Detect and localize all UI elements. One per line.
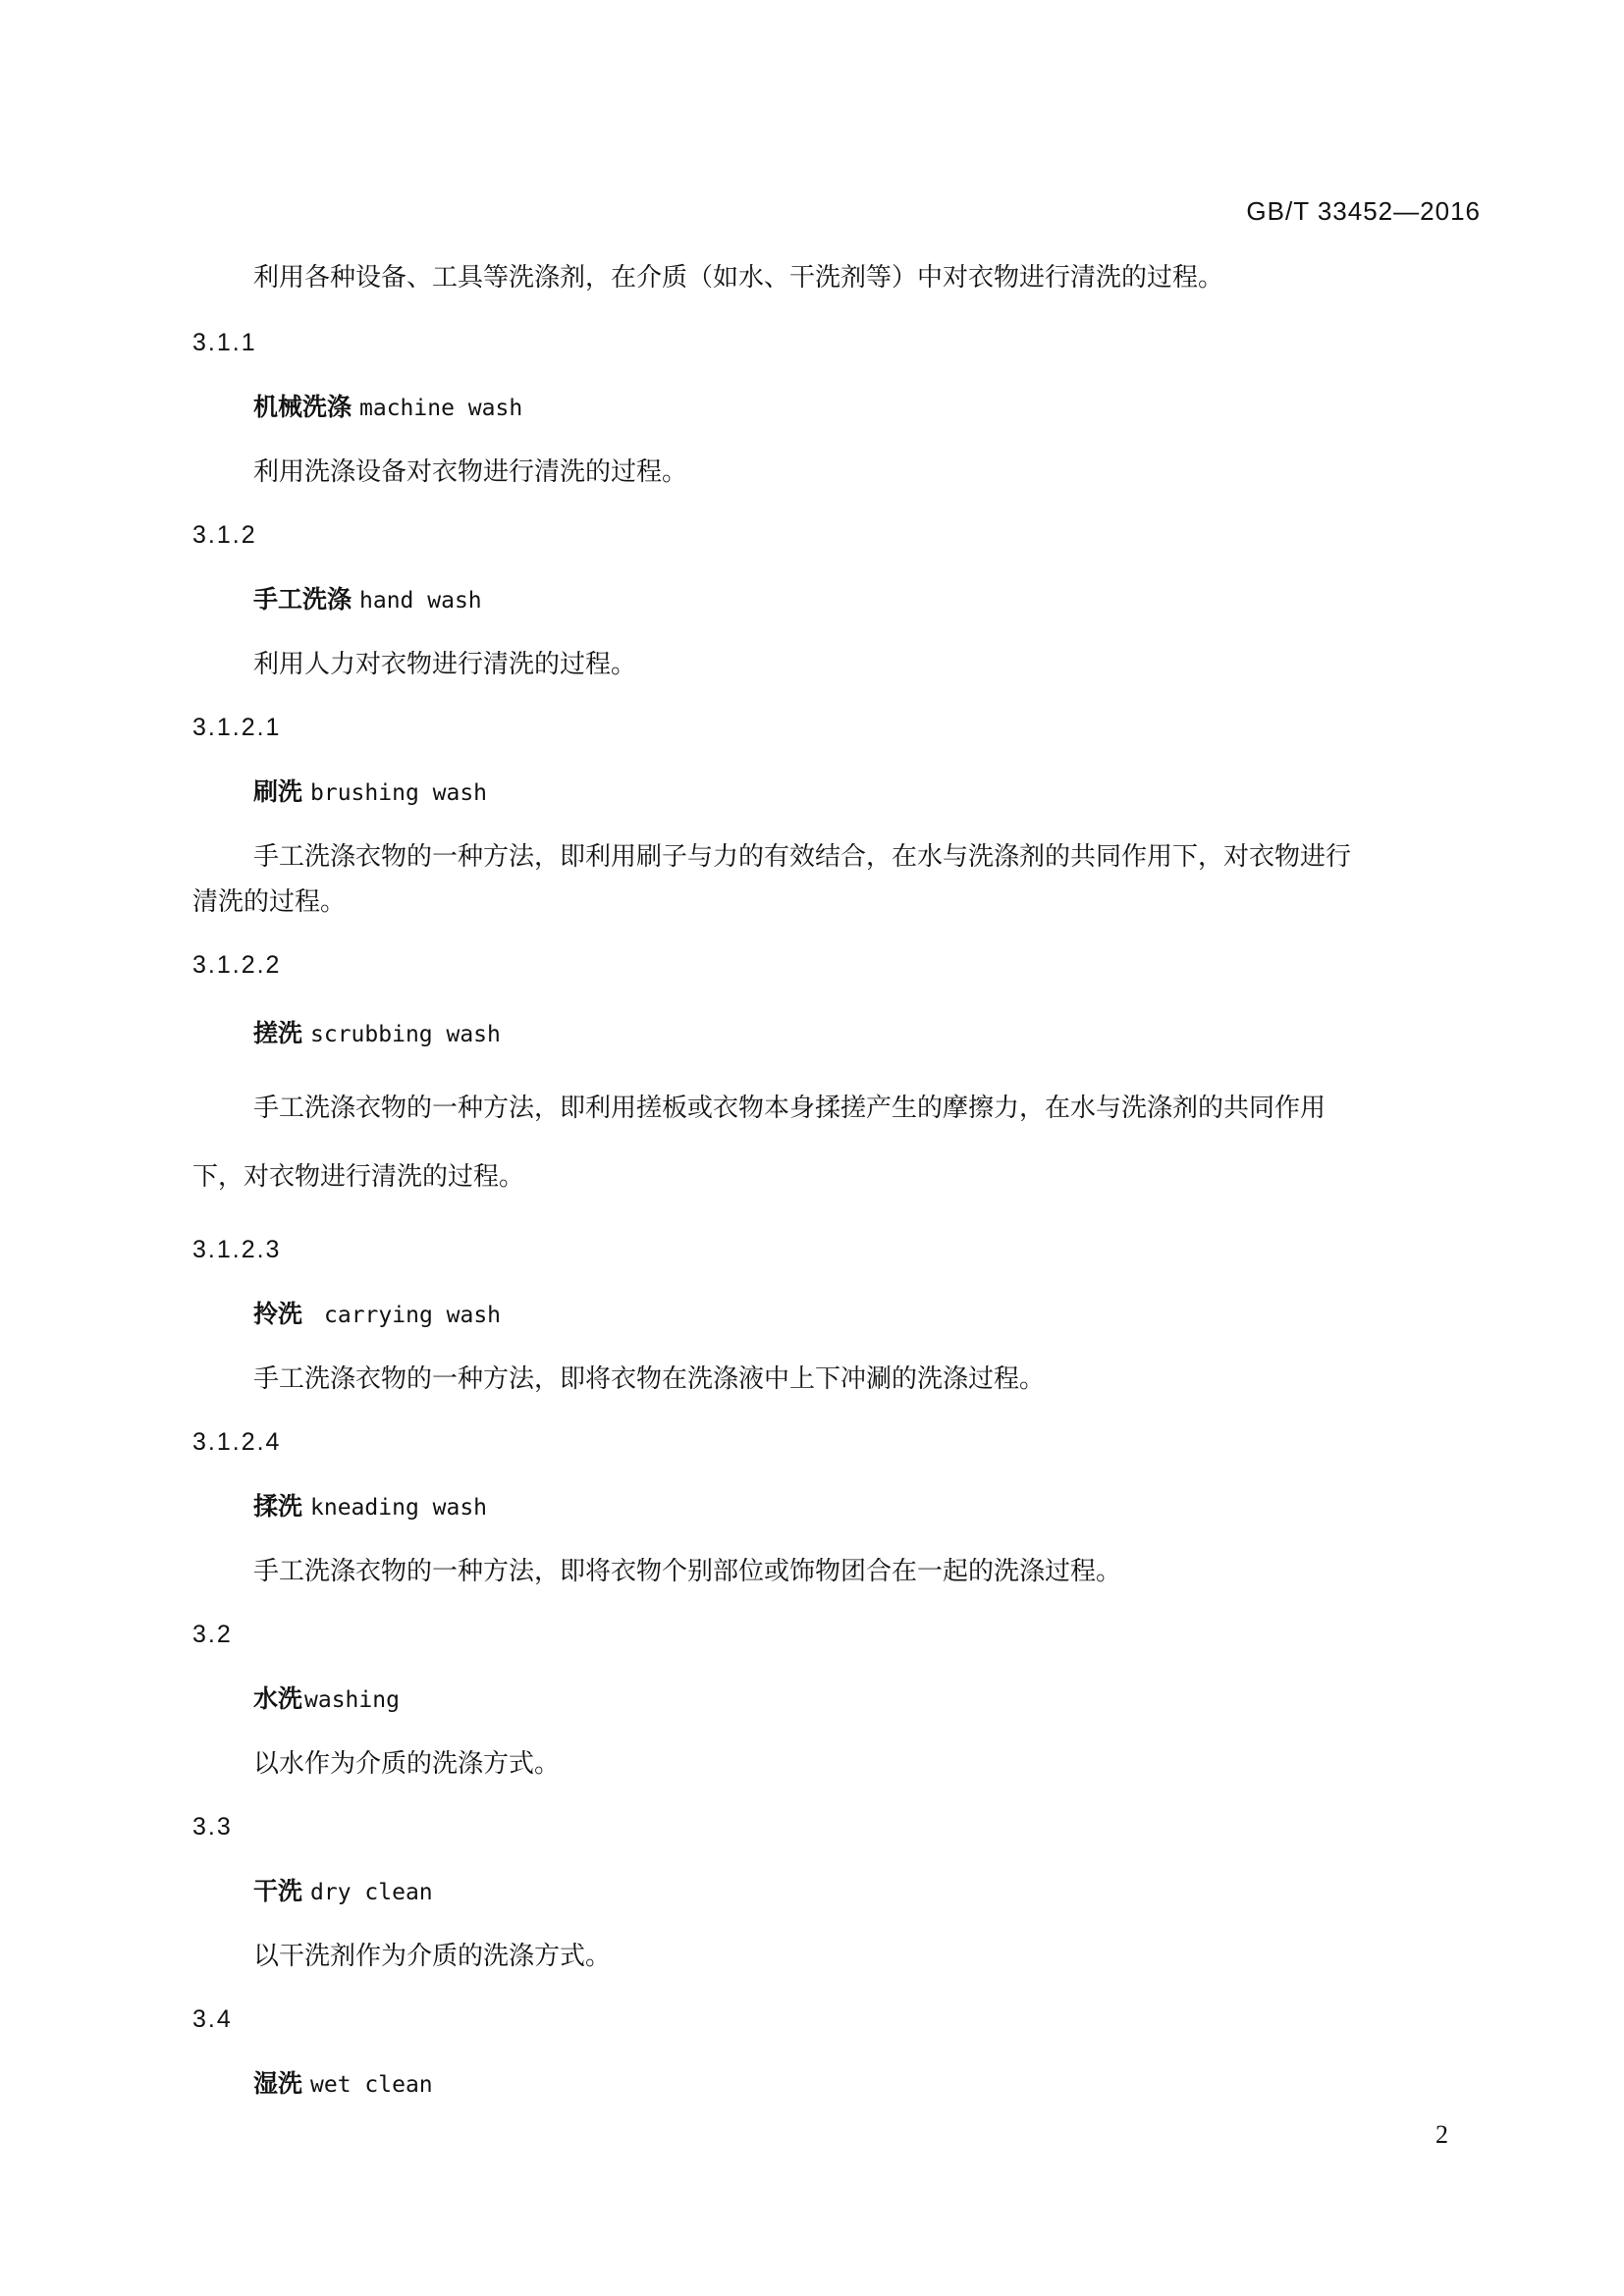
term-zh: 搓洗 <box>253 1019 302 1047</box>
definition-text: 手工洗涤衣物的一种方法，即将衣物在洗涤液中上下冲涮的洗涤过程。 <box>253 1364 1045 1394</box>
term-zh: 湿洗 <box>253 2069 302 2098</box>
term-zh: 揉洗 <box>253 1492 302 1521</box>
term-heading: 手工洗涤hand wash <box>253 585 482 615</box>
definition-text: 手工洗涤衣物的一种方法，即利用搓板或衣物本身揉搓产生的摩擦力，在水与洗涤剂的共同… <box>253 1094 1326 1123</box>
clause-number: 3.1.1 <box>192 328 257 357</box>
definition-text: 手工洗涤衣物的一种方法，即利用刷子与力的有效结合，在水与洗涤剂的共同作用下，对衣… <box>253 842 1351 872</box>
term-heading: 拎洗carrying wash <box>253 1300 501 1330</box>
term-heading: 机械洗涤machine wash <box>253 393 522 423</box>
term-heading: 揉洗kneading wash <box>253 1492 487 1522</box>
term-en: machine wash <box>359 396 522 421</box>
document-page: GB/T 33452—2016 利用各种设备、工具等洗涤剂，在介质（如水、干洗剂… <box>0 0 1624 2296</box>
term-zh: 拎洗 <box>253 1300 302 1328</box>
term-en: wet clean <box>310 2072 433 2098</box>
clause-number: 3.1.2.2 <box>192 950 281 980</box>
term-zh: 手工洗涤 <box>253 585 352 614</box>
standard-code-header: GB/T 33452—2016 <box>1246 196 1481 227</box>
term-heading: 干洗dry clean <box>253 1877 433 1907</box>
definition-text: 以干洗剂作为介质的洗涤方式。 <box>253 1942 611 1971</box>
clause-number: 3.1.2.4 <box>192 1427 281 1457</box>
term-en: dry clean <box>310 1880 433 1905</box>
term-zh: 干洗 <box>253 1877 302 1905</box>
definition-text: 以水作为介质的洗涤方式。 <box>253 1749 560 1779</box>
definition-text-continued: 下，对衣物进行清洗的过程。 <box>192 1162 524 1192</box>
term-en: hand wash <box>359 588 482 614</box>
term-en: washing <box>304 1687 400 1713</box>
term-en: kneading wash <box>310 1495 487 1521</box>
definition-text: 利用洗涤设备对衣物进行清洗的过程。 <box>253 457 687 487</box>
clause-number: 3.4 <box>192 2004 233 2034</box>
definition-text-continued: 清洗的过程。 <box>192 887 346 917</box>
term-zh: 水洗 <box>253 1684 302 1713</box>
term-en: brushing wash <box>310 780 487 806</box>
clause-number: 3.1.2 <box>192 520 257 550</box>
definition-text: 手工洗涤衣物的一种方法，即将衣物个别部位或饰物团合在一起的洗涤过程。 <box>253 1557 1121 1586</box>
clause-number: 3.1.2.1 <box>192 713 281 742</box>
term-heading: 湿洗wet clean <box>253 2069 433 2100</box>
term-zh: 机械洗涤 <box>253 393 352 421</box>
clause-number: 3.1.2.3 <box>192 1235 281 1264</box>
definition-text: 利用各种设备、工具等洗涤剂，在介质（如水、干洗剂等）中对衣物进行清洗的过程。 <box>253 263 1223 293</box>
term-heading: 水洗washing <box>253 1684 400 1715</box>
term-zh: 刷洗 <box>253 777 302 806</box>
term-heading: 搓洗scrubbing wash <box>253 1019 501 1049</box>
clause-number: 3.2 <box>192 1620 233 1649</box>
clause-number: 3.3 <box>192 1812 233 1842</box>
page-number: 2 <box>1435 2120 1448 2150</box>
term-heading: 刷洗brushing wash <box>253 777 487 808</box>
term-en: carrying wash <box>324 1303 501 1328</box>
definition-text: 利用人力对衣物进行清洗的过程。 <box>253 650 636 679</box>
term-en: scrubbing wash <box>310 1022 501 1047</box>
